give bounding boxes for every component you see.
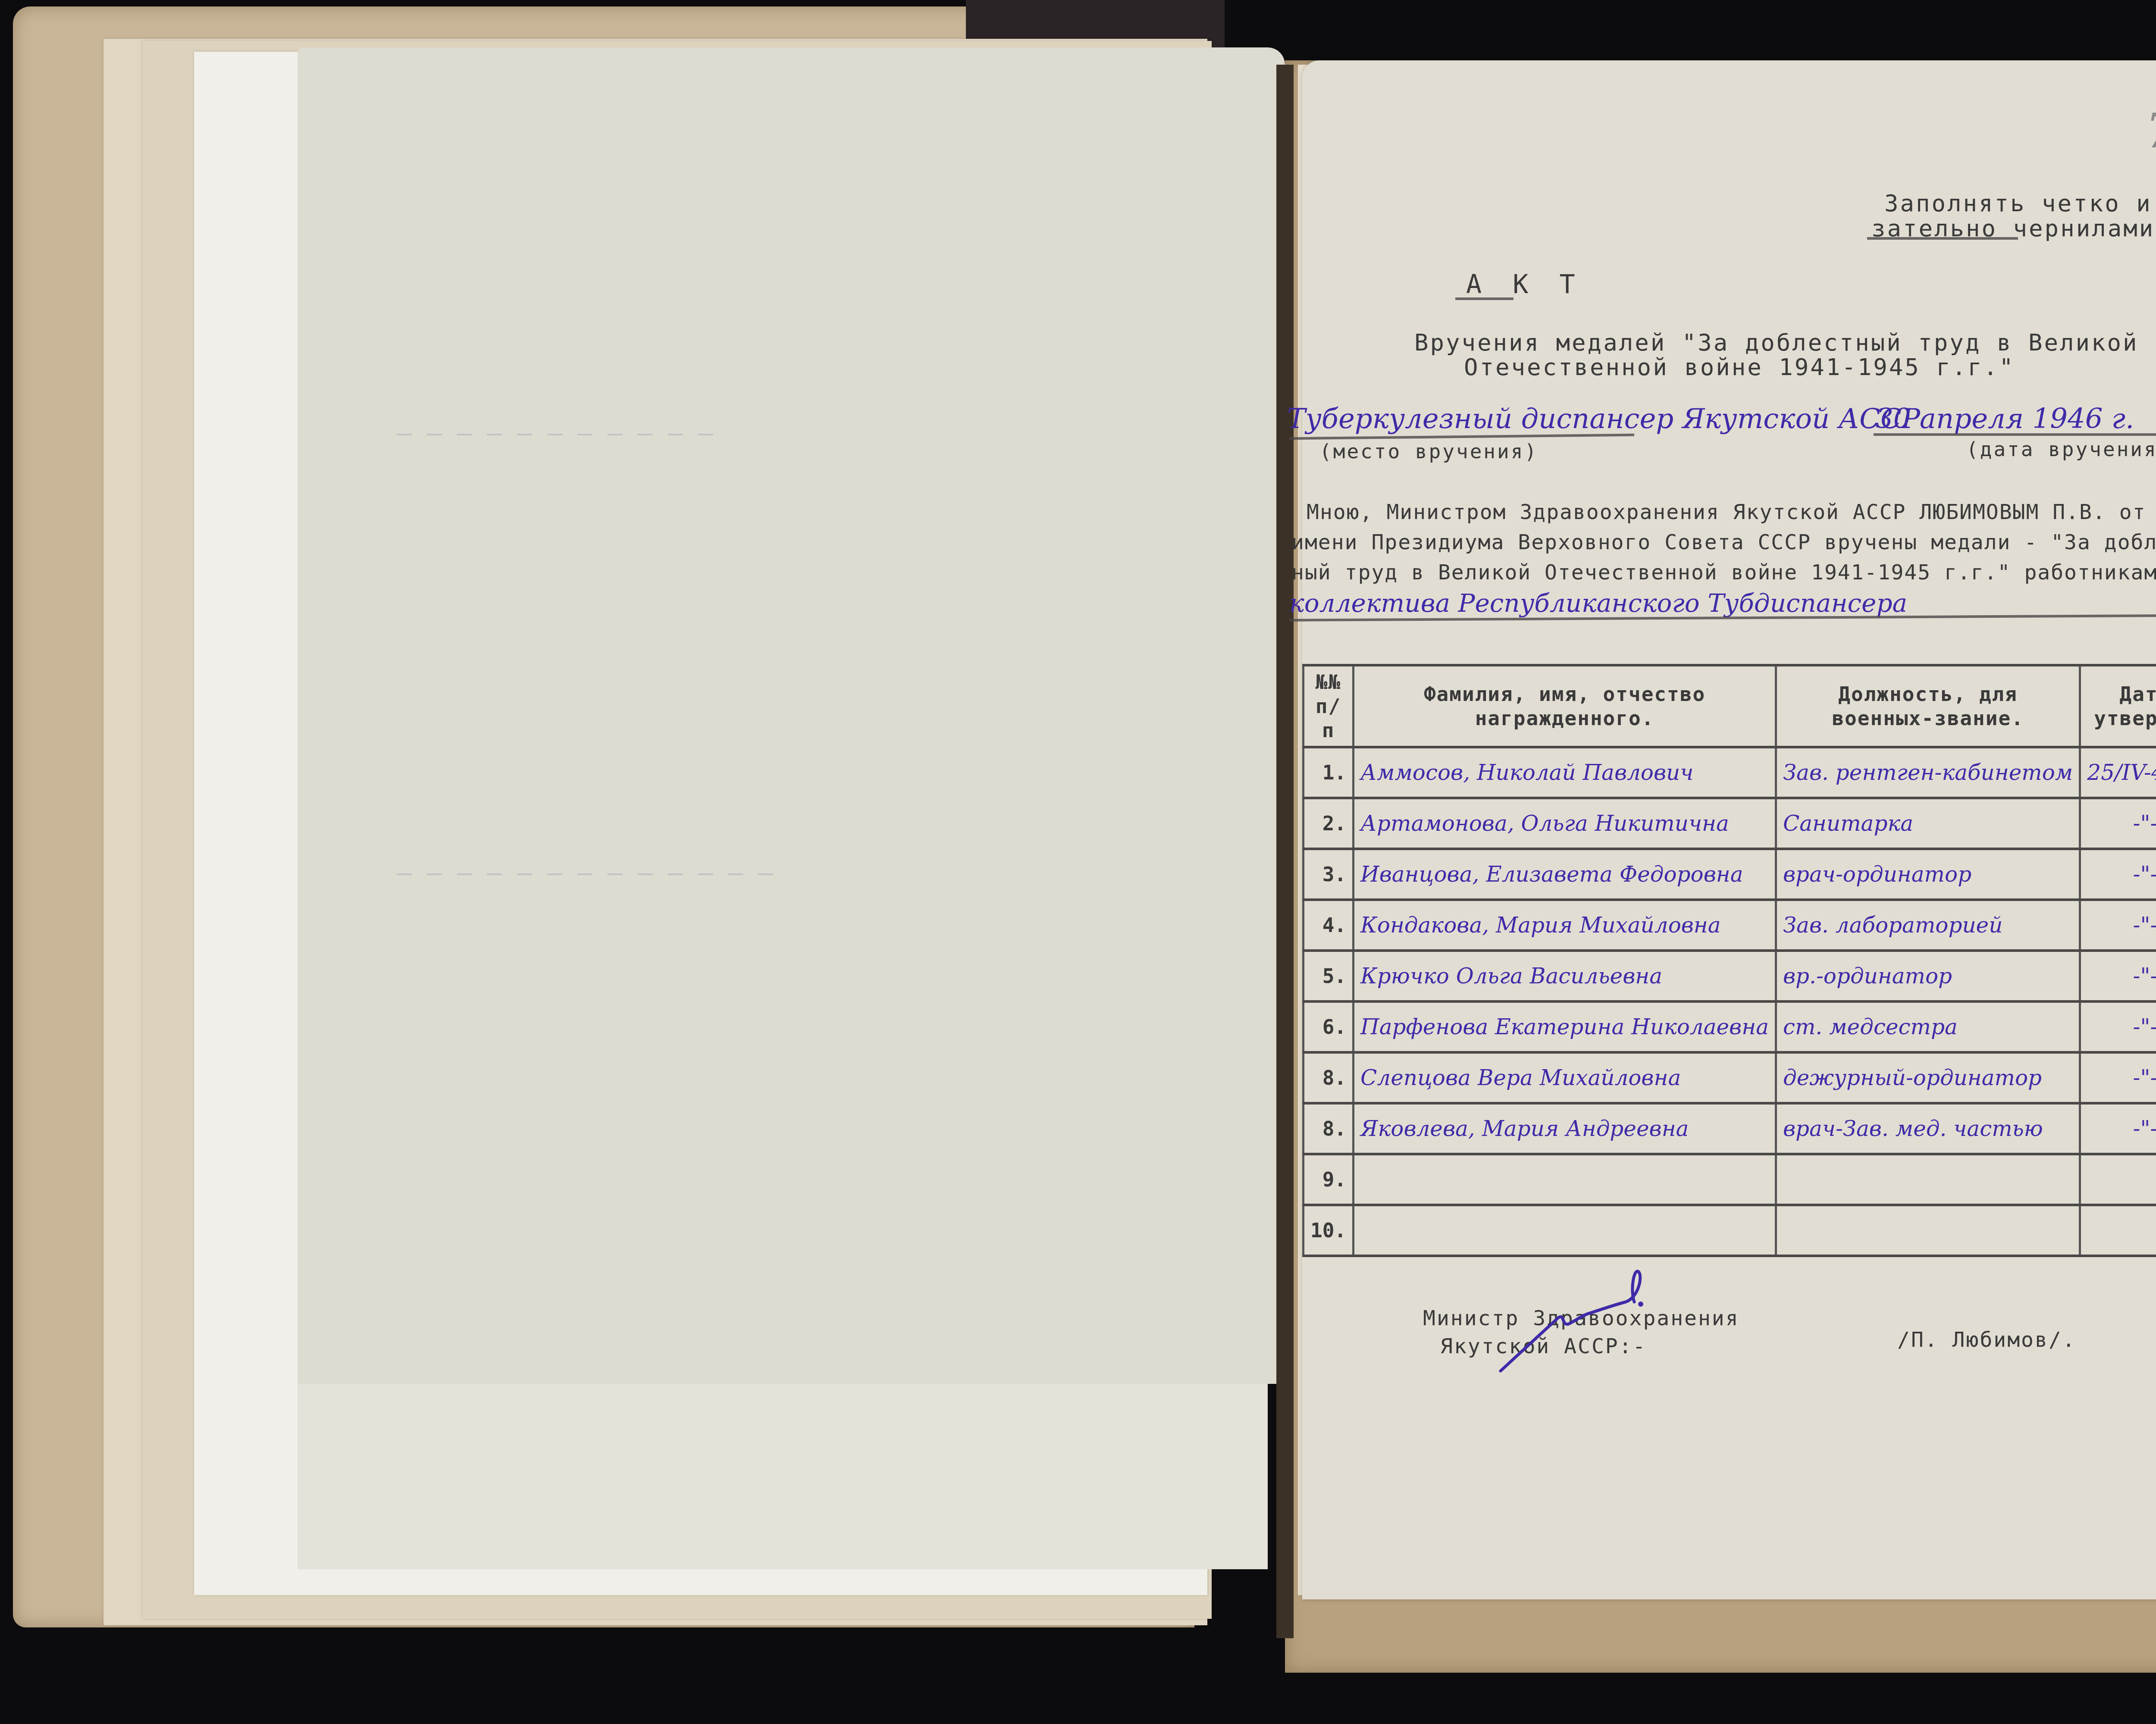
row-date <box>2080 1205 2156 1256</box>
row-position: вр.-ординатор <box>1776 951 2080 1001</box>
act-title-underline <box>1455 297 1514 300</box>
table-row: 2. Артамонова, Ольга Никитична Санитарка… <box>1304 798 2156 849</box>
row-position: Санитарка <box>1776 798 2080 849</box>
row-position <box>1776 1205 2080 1256</box>
table-row: 6. Парфенова Екатерина Николаевна ст. ме… <box>1304 1001 2156 1052</box>
table-row: 8. Яковлева, Мария Андреевна врач-Зав. м… <box>1304 1103 2156 1154</box>
row-date: -"- <box>2080 900 2156 951</box>
row-name: Яковлева, Мария Андреевна <box>1354 1103 1776 1154</box>
row-position: Зав. лабораторией <box>1776 900 2080 951</box>
folio-number: 71 <box>2145 103 2156 159</box>
date-of-award-value: 30 апреля 1946 г. <box>1876 403 2134 435</box>
row-name <box>1354 1205 1776 1256</box>
row-num: 2. <box>1304 798 1354 849</box>
date-label: (дата вручения). <box>1966 438 2156 461</box>
recipients-value: коллектива Республиканского Тубдиспансер… <box>1289 588 1907 618</box>
row-position <box>1776 1154 2080 1205</box>
date-underline <box>1874 433 2156 436</box>
left-page: — — — — — — — — — — — — — — — — — — — — … <box>298 47 1285 1384</box>
row-num: 1. <box>1304 747 1354 798</box>
row-date: -"- <box>2080 951 2156 1001</box>
instruction-underline <box>1867 237 2018 240</box>
row-num: 10. <box>1304 1205 1354 1256</box>
row-position: дежурный-ординатор <box>1776 1052 2080 1103</box>
row-position: ст. медсестра <box>1776 1001 2080 1052</box>
table-row: 3. Иванцова, Елизавета Федоровна врач-ор… <box>1304 849 2156 900</box>
row-name: Слепцова Вера Михайловна <box>1354 1052 1776 1103</box>
row-date: -"- <box>2080 849 2156 900</box>
awards-table: №№ п/п Фамилия, имя, отчество награжденн… <box>1302 664 2156 1257</box>
body-line1: Мною, Министром Здравоохранения Якутской… <box>1307 500 2146 524</box>
row-date: -"- <box>2080 1103 2156 1154</box>
row-num: 5. <box>1304 951 1354 1001</box>
row-position: врач-ординатор <box>1776 849 2080 900</box>
table-row: 1. Аммосов, Николай Павлович Зав. рентге… <box>1304 747 2156 798</box>
act-subtitle-line1: Вручения медалей "За доблестный труд в В… <box>1414 329 2139 356</box>
instruction-text-line1: Заполнять четко и обя- <box>1884 190 2156 217</box>
row-date: -"- <box>2080 1001 2156 1052</box>
body-line2: имени Президиума Верховного Совета СССР … <box>1291 530 2156 554</box>
book-gutter <box>1276 65 1294 1638</box>
act-subtitle-line2: Отечественной войне 1941-1945 г.г." <box>1464 354 2015 381</box>
row-num: 4. <box>1304 900 1354 951</box>
row-num: 3. <box>1304 849 1354 900</box>
row-num: 6. <box>1304 1001 1354 1052</box>
body-line3: ный труд в Великой Отечественной войне 1… <box>1291 560 2156 585</box>
table-row: 5. Крючко Ольга Васильевна вр.-ординатор… <box>1304 951 2156 1001</box>
row-num: 8. <box>1304 1103 1354 1154</box>
row-name: Аммосов, Николай Павлович <box>1354 747 1776 798</box>
signature-scrawl-icon <box>1496 1263 1677 1375</box>
header-date: Дата утвержд. <box>2080 665 2156 747</box>
row-date: -"- <box>2080 1052 2156 1103</box>
row-date <box>2080 1154 2156 1205</box>
table-row: 10. <box>1304 1205 2156 1256</box>
row-num: 9. <box>1304 1154 1354 1205</box>
header-position: Должность, для военных-звание. <box>1776 665 2080 747</box>
place-label: (место вручения) <box>1319 440 1538 463</box>
left-page-lower-leaf <box>298 1384 1268 1569</box>
row-num: 8. <box>1304 1052 1354 1103</box>
row-position: Зав. рентген-кабинетом <box>1776 747 2080 798</box>
row-name: Артамонова, Ольга Никитична <box>1354 798 1776 849</box>
act-title: А К Т <box>1466 269 1583 300</box>
table-row: 9. <box>1304 1154 2156 1205</box>
table-row: 8. Слепцова Вера Михайловна дежурный-орд… <box>1304 1052 2156 1103</box>
bleed-through-text: — — — — — — — — — — — — — <box>397 858 773 887</box>
header-num: №№ п/п <box>1304 665 1354 747</box>
row-date: 25/IV-46 г. <box>2080 747 2156 798</box>
row-name: Крючко Ольга Васильевна <box>1354 951 1776 1001</box>
signature-name: /П. Любимов/. <box>1897 1328 2076 1352</box>
row-name <box>1354 1154 1776 1205</box>
bleed-through-text: — — — — — — — — — — — <box>397 418 713 447</box>
row-position: врач-Зав. мед. частью <box>1776 1103 2080 1154</box>
row-date: -"- <box>2080 798 2156 849</box>
table-row: 4. Кондакова, Мария Михайловна Зав. лабо… <box>1304 900 2156 951</box>
header-name: Фамилия, имя, отчество награжденного. <box>1354 665 1776 747</box>
place-of-award-value: Туберкулезный диспансер Якутской АССР <box>1287 403 1920 435</box>
row-name: Кондакова, Мария Михайловна <box>1354 900 1776 951</box>
table-header-row: №№ п/п Фамилия, имя, отчество награжденн… <box>1304 665 2156 747</box>
row-name: Иванцова, Елизавета Федоровна <box>1354 849 1776 900</box>
row-name: Парфенова Екатерина Николаевна <box>1354 1001 1776 1052</box>
